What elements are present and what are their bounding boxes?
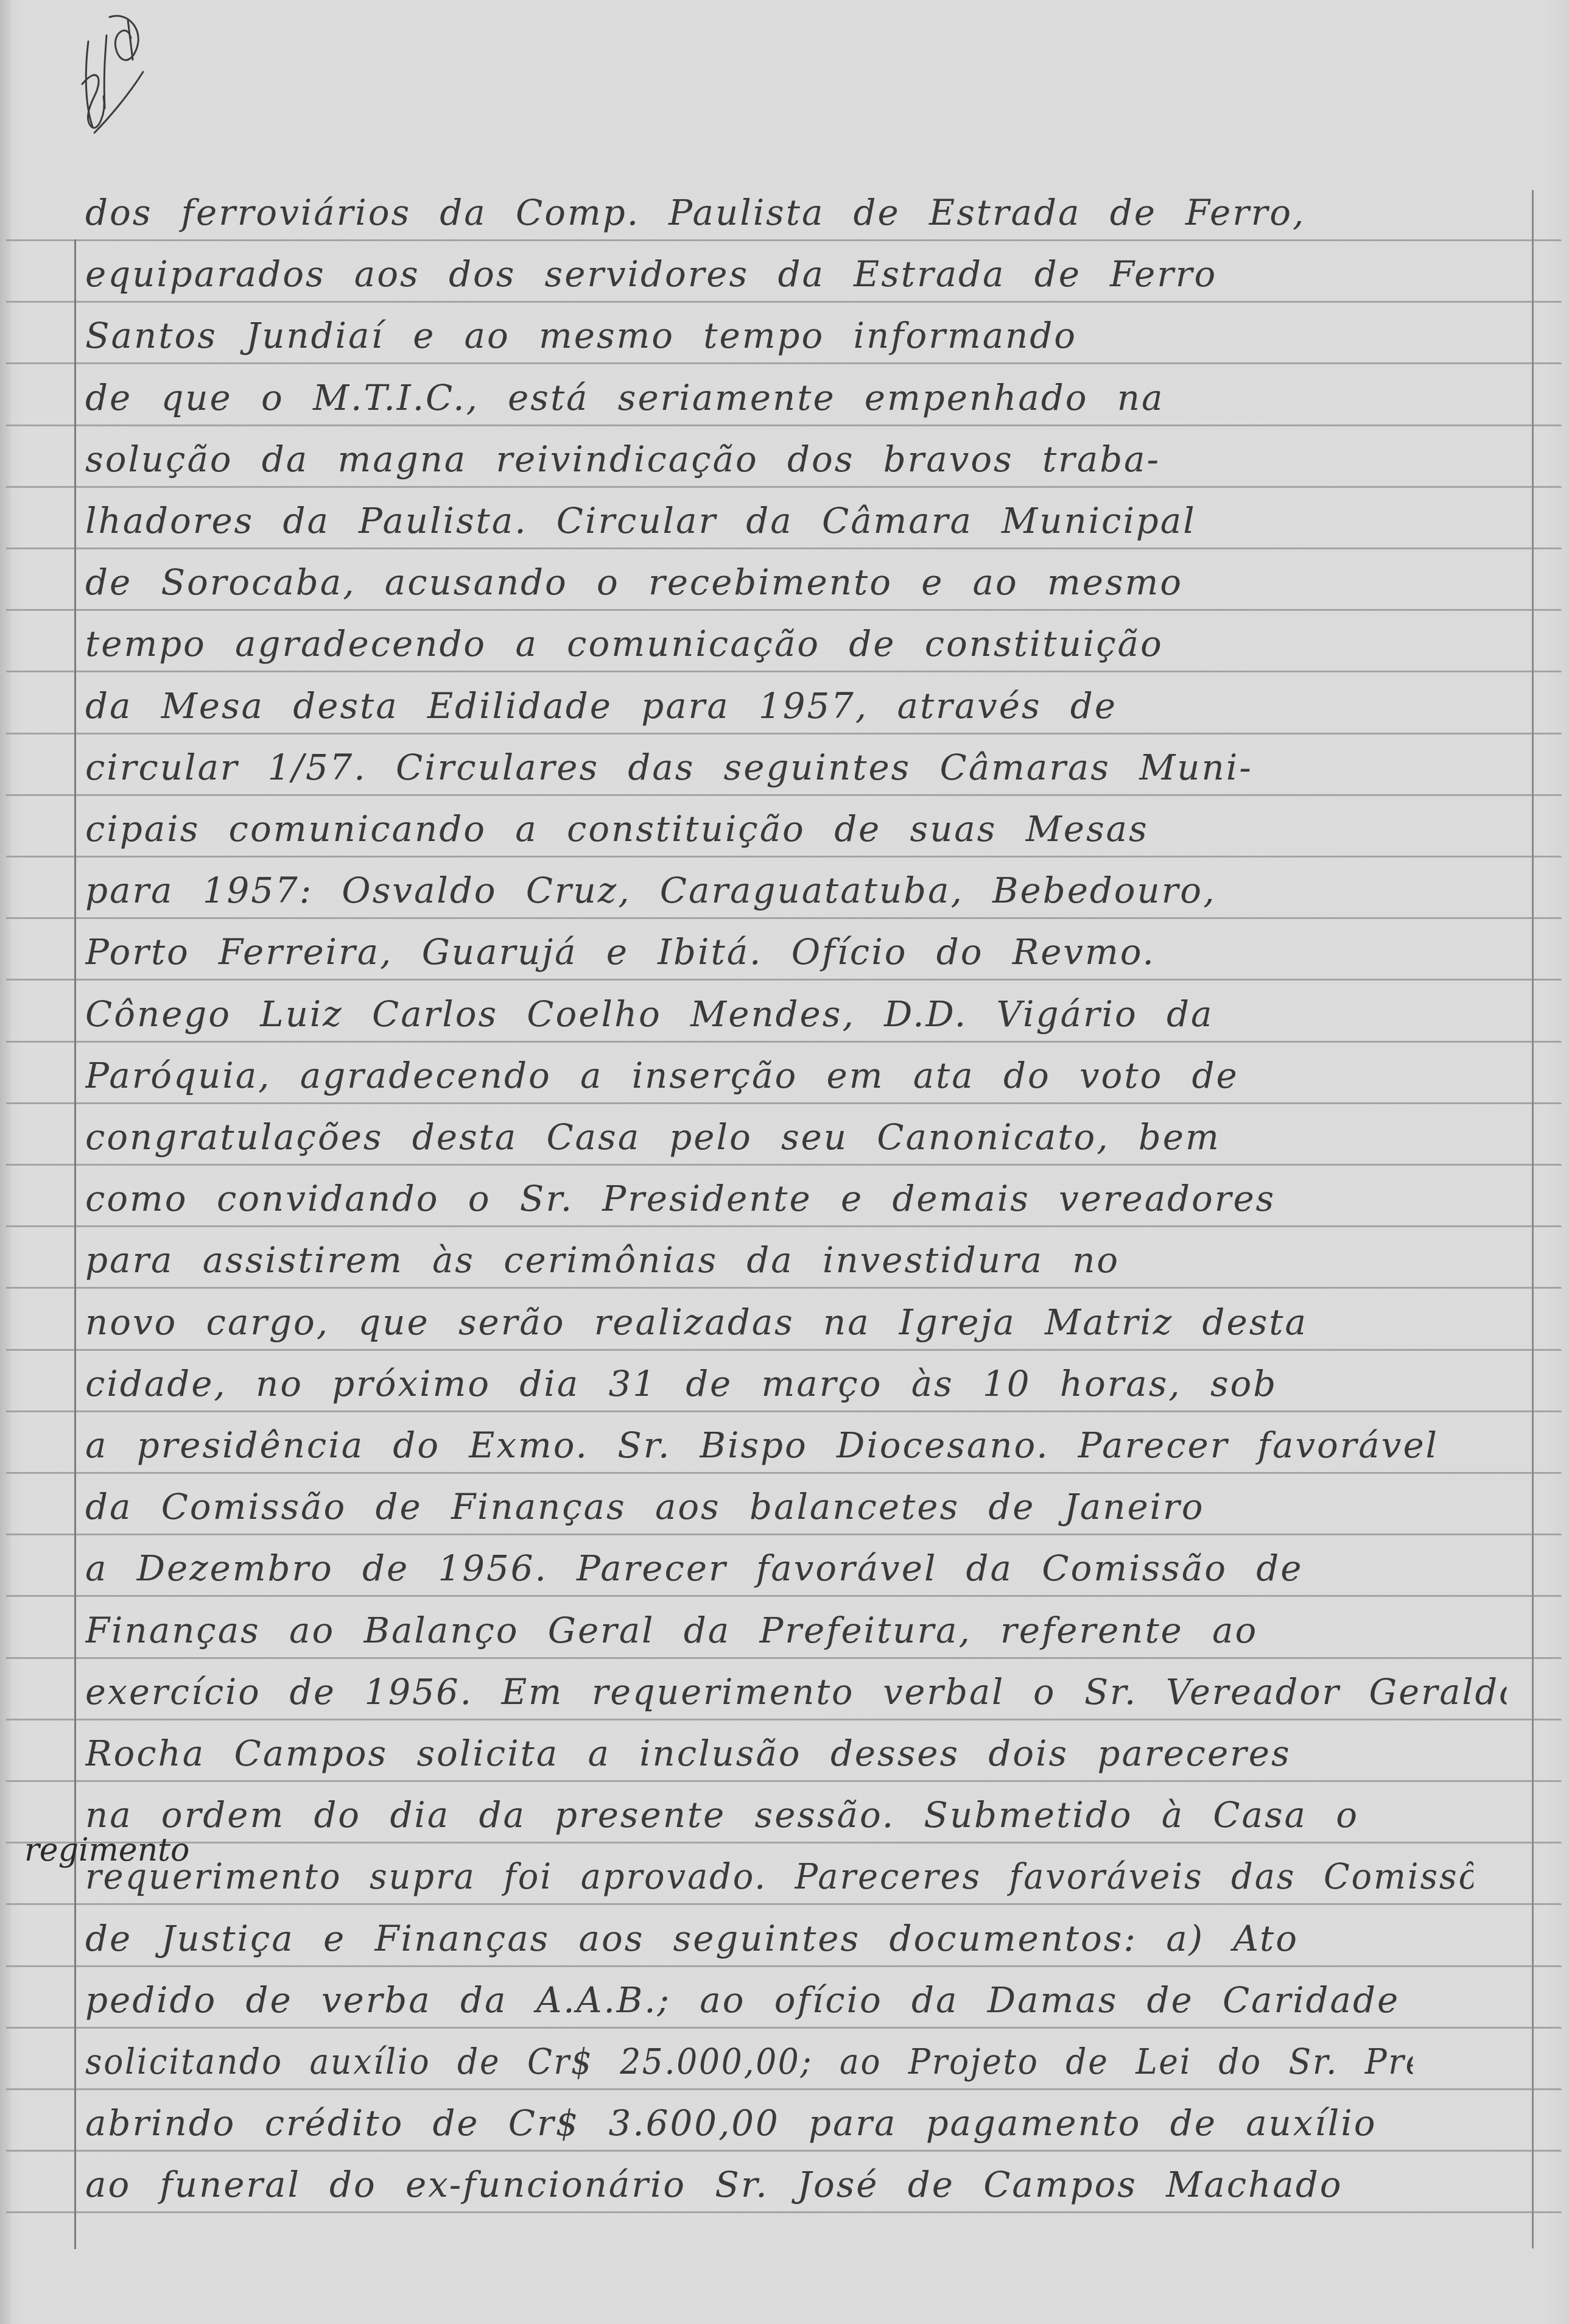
text-line: tempo agradecendo a comunicação de const… <box>85 614 1523 673</box>
text-line: como convidando o Sr. Presidente e demai… <box>85 1169 1523 1228</box>
text-line: Porto Ferreira, Guarujá e Ibitá. Ofício … <box>85 923 1523 981</box>
text-line: equiparados aos dos servidores da Estrad… <box>85 245 1523 303</box>
text-line: a presidência do Exmo. Sr. Bispo Diocesa… <box>85 1416 1523 1474</box>
text-line: para assistirem às cerimônias da investi… <box>85 1231 1523 1289</box>
text-line: Paróquia, agradecendo a inserção em ata … <box>85 1046 1523 1105</box>
text-line: solução da magna reivindicação dos bravo… <box>85 430 1523 488</box>
text-line: de que o M.T.I.C., está seriamente empen… <box>85 368 1523 427</box>
text-line: de Sorocaba, acusando o recebimento e ao… <box>85 553 1523 611</box>
text-line: cidade, no próximo dia 31 de março às 10… <box>85 1354 1523 1413</box>
text-line: Cônego Luiz Carlos Coelho Mendes, D.D. V… <box>85 985 1523 1043</box>
text-line: circular 1/57. Circulares das seguintes … <box>85 738 1523 797</box>
text-line: exercício de 1956. Em requerimento verba… <box>85 1663 1506 1721</box>
text-line: Santos Jundiaí e ao mesmo tempo informan… <box>85 306 1523 365</box>
ledger-page: dos ferroviários da Comp. Paulista de Es… <box>0 0 1569 2324</box>
text-line: requerimento supra foi aprovado. Parecer… <box>85 1847 1473 1906</box>
text-line: Rocha Campos solicita a inclusão desses … <box>85 1724 1523 1783</box>
margin-correction-note: regimento <box>24 1821 189 1879</box>
text-line: novo cargo, que serão realizadas na Igre… <box>85 1293 1523 1351</box>
text-line: solicitando auxílio de Cr$ 25.000,00; ao… <box>85 2032 1413 2091</box>
text-line: para 1957: Osvaldo Cruz, Caraguatatuba, … <box>85 861 1523 920</box>
text-line: pedido de verba da A.A.B.; ao ofício da … <box>85 1971 1523 2029</box>
page-binding-edge <box>0 0 11 2324</box>
text-line: da Mesa desta Edilidade para 1957, atrav… <box>85 677 1523 735</box>
text-line: de Justiça e Finanças aos seguintes docu… <box>85 1909 1523 1968</box>
text-line: dos ferroviários da Comp. Paulista de Es… <box>85 183 1523 242</box>
text-line: da Comissão de Finanças aos balancetes d… <box>85 1477 1523 1536</box>
text-line: Finanças ao Balanço Geral da Prefeitura,… <box>85 1601 1523 1660</box>
text-line: a Dezembro de 1956. Parecer favorável da… <box>85 1539 1523 1597</box>
right-margin-line <box>1532 190 1534 2248</box>
text-line: lhadores da Paulista. Circular da Câmara… <box>85 491 1523 550</box>
signature-initials-icon <box>61 5 158 151</box>
text-line: abrindo crédito de Cr$ 3.600,00 para pag… <box>85 2094 1523 2152</box>
text-line: na ordem do dia da presente sessão. Subm… <box>85 1786 1523 1844</box>
text-line: cipais comunicando a constituição de sua… <box>85 800 1523 858</box>
left-margin-line <box>74 239 76 2249</box>
text-line: ao funeral do ex-funcionário Sr. José de… <box>85 2155 1523 2214</box>
text-line: congratulações desta Casa pelo seu Canon… <box>85 1108 1523 1166</box>
